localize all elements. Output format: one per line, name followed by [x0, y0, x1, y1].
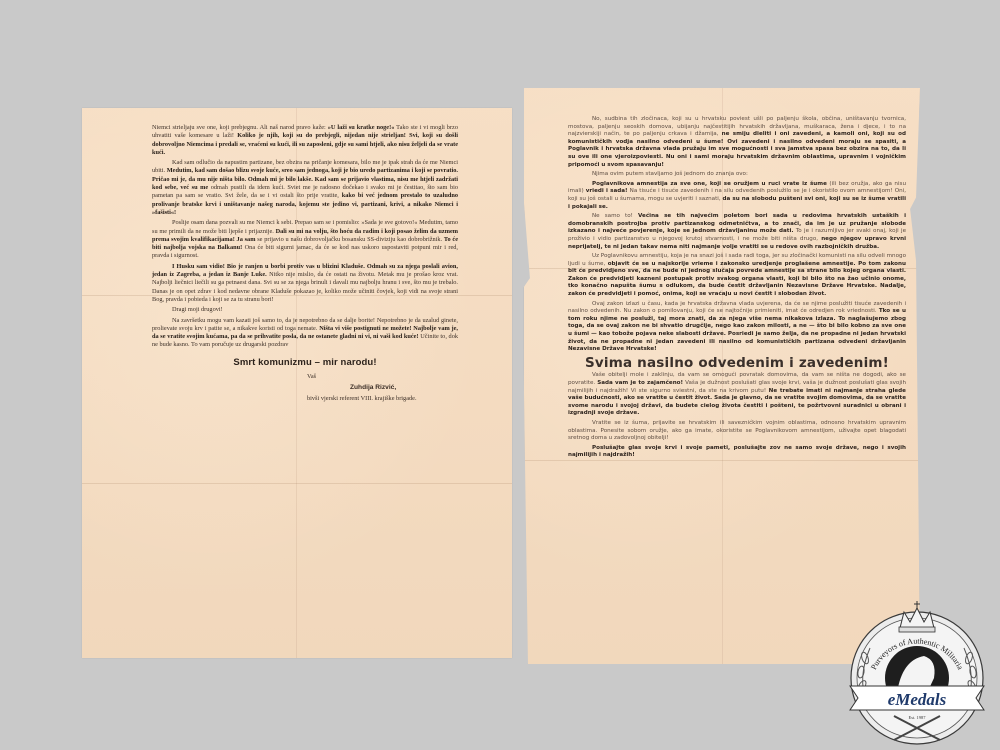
paragraph: Niemci strieljaju sve one, koji prebjegn… [152, 124, 458, 157]
crown-icon [899, 601, 935, 632]
paragraph: Vratite se iz šuma, prijavite se hrvatsk… [568, 420, 906, 443]
paragraph: Ne samo to! Većina se tih najvećim polet… [568, 213, 906, 251]
brand-name: eMedals [888, 690, 947, 709]
established-text: Est. 1987 [908, 715, 926, 720]
paragraph: Na završetku mogu vam kazati još samo to… [152, 317, 458, 350]
paragraph: Poslušajte glas svoje krvi i svoje pamet… [568, 445, 906, 460]
paragraph: Ovaj zakon izlazi u času, kada je hrvats… [568, 301, 906, 354]
paragraph: Njima ovim putem stavljamo još jednom do… [568, 171, 906, 179]
paragraph: Poslije osam dana pozvali su me Niemci k… [152, 219, 458, 260]
right-leaflet-text: No, sudbina tih zločinaca, koji su u hrv… [568, 116, 906, 462]
paragraph: Poglavnikova amnestija za sve one, koji … [568, 181, 906, 211]
paragraph: No, sudbina tih zločinaca, koji su u hrv… [568, 116, 906, 169]
fold-crease [82, 483, 512, 484]
right-leaflet-sheet: No, sudbina tih zločinaca, koji su u hrv… [524, 88, 920, 664]
closing: Vaš [307, 373, 458, 381]
paragraph: Uz Poglavnikovu amnestiju, koja je na sn… [568, 253, 906, 299]
paragraph: Dragi moji drugovi! [152, 306, 458, 314]
signatory-name: Zuhdija Rizvić, [350, 384, 458, 392]
left-leaflet-body: Niemci strieljaju sve one, koji prebjegn… [152, 124, 458, 350]
signatory-title: bivši vjerski referent VIII. krajiške br… [307, 395, 458, 403]
leaflet-heading: Svima nasilno odvedenim i zavedenim! [568, 360, 906, 368]
right-leaflet-body-top: No, sudbina tih zločinaca, koji su u hrv… [568, 116, 906, 354]
left-leaflet-text: Niemci strieljaju sve one, koji prebjegn… [152, 124, 458, 403]
paragraph: I Husku sam vidio! Bio je ranjen u borbi… [152, 263, 458, 304]
paragraph: Kad sam odlučio da napustim partizane, b… [152, 159, 458, 217]
left-leaflet-sheet: Niemci strieljaju sve one, koji prebjegn… [82, 108, 512, 658]
slogan: Smrt komunizmu – mir narodu! [152, 359, 458, 367]
emedals-logo: Purveyors of Authentic Militaria eMedals… [842, 598, 992, 748]
right-leaflet-body-bottom: Vaše obitelji mole i zaklinju, da vam se… [568, 372, 906, 460]
paragraph: Vaše obitelji mole i zaklinju, da vam se… [568, 372, 906, 418]
